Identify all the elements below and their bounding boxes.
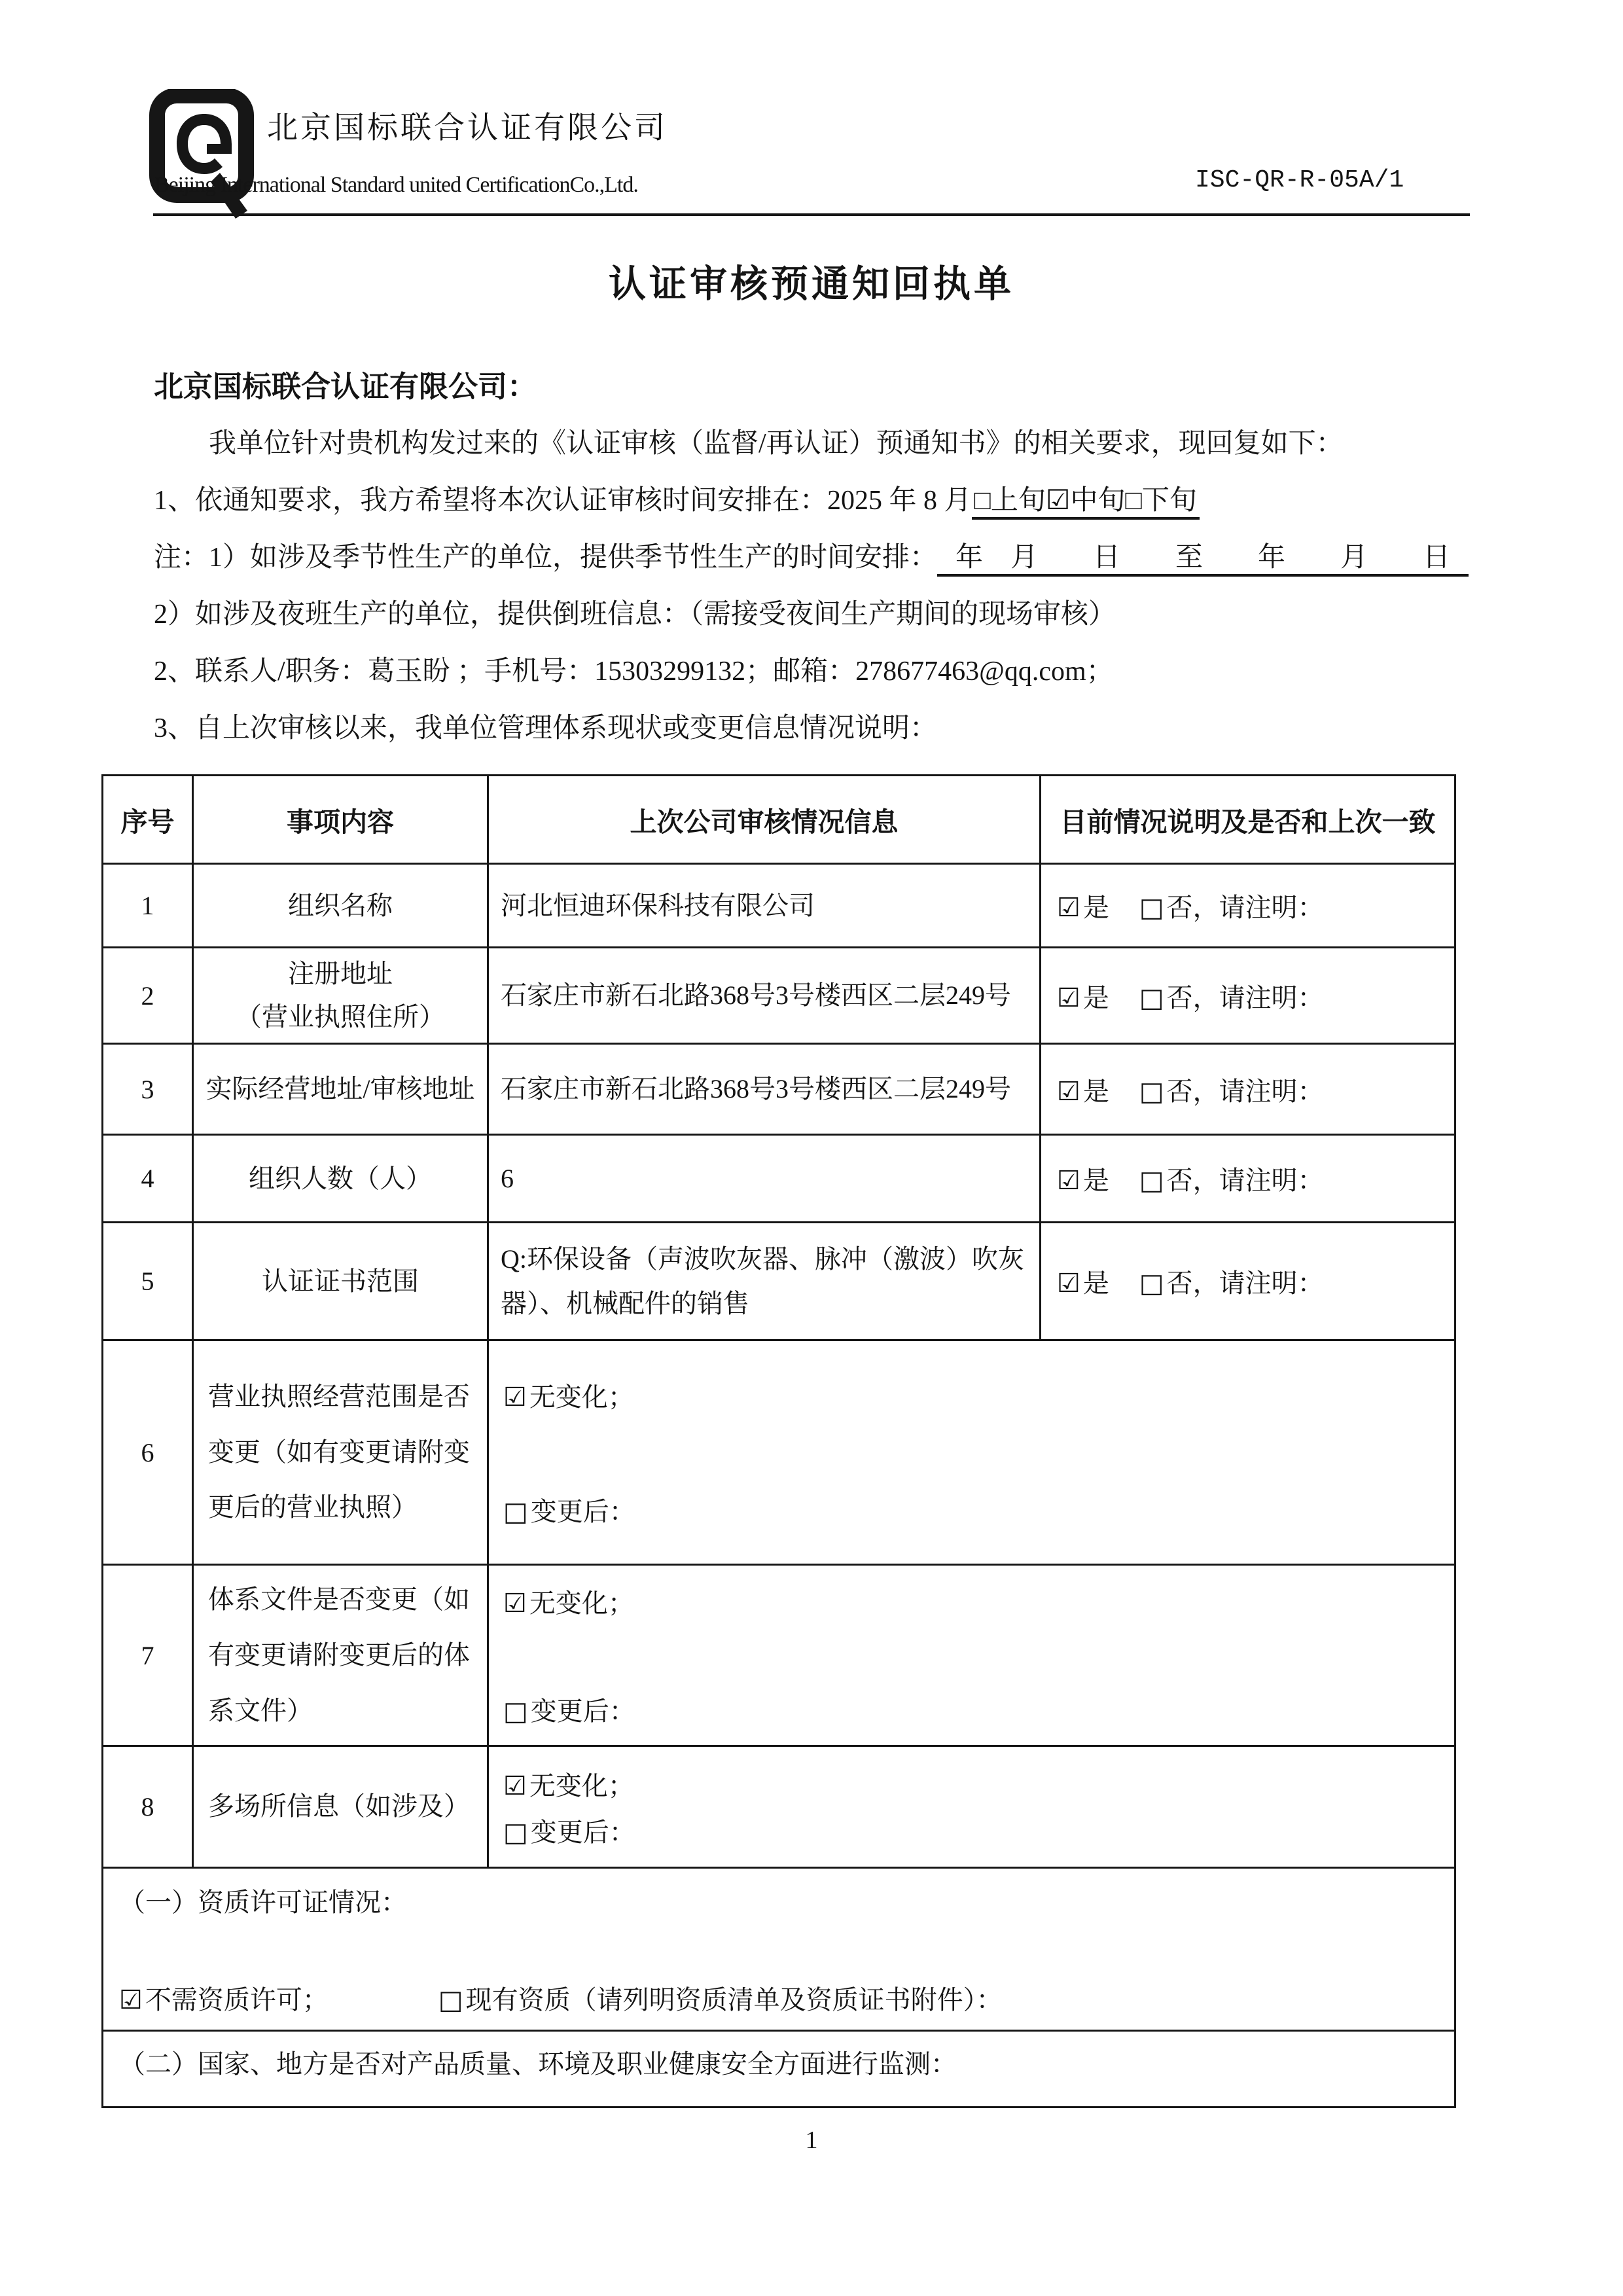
table-row: 6 营业执照经营范围是否变更（如有变更请附变更后的营业执照） ☑无变化； □变更… — [103, 1340, 1455, 1565]
company-name-en: Beijing International Standard united Ce… — [154, 173, 638, 198]
company-name-cn: 北京国标联合认证有限公司 — [267, 103, 668, 147]
checkbox-unchecked-icon: □ — [1139, 893, 1164, 923]
section1-options: ☑不需资质许可；□现有资质（请列明资质清单及资质证书附件）： — [119, 1979, 1438, 2017]
no-change-line: ☑无变化； — [503, 1376, 1440, 1414]
info-cell: Q:环保设备（声波吹灰器、脉冲（激波）吹灰器）、机械配件的销售 — [488, 1223, 1041, 1340]
seq-cell: 5 — [103, 1223, 193, 1340]
salutation-line: 北京国标联合认证有限公司： — [154, 359, 1476, 416]
no-label: 否，请注明： — [1167, 1268, 1324, 1298]
checkbox-unchecked-icon: □ — [503, 1818, 528, 1848]
item1-prefix: 1、依通知要求，我方希望将本次认证审核时间安排在：2025 年 8 月 — [154, 486, 972, 516]
document-page: 北京国标联合认证有限公司 Beijing International Stand… — [0, 0, 1623, 2296]
monitoring-section: （二）国家、地方是否对产品质量、环境及职业健康安全方面进行监测： — [103, 2031, 1455, 2108]
no-change-label: 无变化； — [529, 1588, 634, 1618]
note2-line: 2）如涉及夜班生产的单位，提供倒班信息：（需接受夜间生产期间的现场审核） — [154, 586, 1476, 643]
changed-line: □变更后： — [503, 1691, 1440, 1728]
checkbox-checked-icon: ☑ — [119, 1985, 143, 2015]
checkbox-unchecked-icon: □ — [1139, 1268, 1164, 1299]
checkbox-checked-icon: ☑ — [503, 1588, 527, 1619]
change-status-cell: ☑无变化； □变更后： — [488, 1565, 1455, 1746]
body-text: 北京国标联合认证有限公司： 我单位针对贵机构发过来的《认证审核（监督/再认证）预… — [154, 359, 1476, 757]
note1-prefix: 注：1）如涉及季节性生产的单位，提供季节性生产的时间安排： — [154, 543, 937, 573]
seq-cell: 2 — [103, 948, 193, 1044]
yes-label: 是 — [1083, 1077, 1109, 1106]
seq-cell: 1 — [103, 864, 193, 948]
item1-line: 1、依通知要求，我方希望将本次认证审核时间安排在：2025 年 8 月□上旬☑中… — [154, 473, 1476, 529]
company-logo-icon — [149, 89, 260, 220]
yes-label: 是 — [1083, 983, 1109, 1013]
no-change-line: ☑无变化； — [503, 1583, 1440, 1620]
no-label: 否，请注明： — [1167, 983, 1324, 1013]
col-header-seq: 序号 — [103, 776, 193, 864]
seq-cell: 8 — [103, 1746, 193, 1868]
table-row: 4 组织人数（人） 6 ☑是□否，请注明： — [103, 1135, 1455, 1223]
audit-status-table: 序号 事项内容 上次公司审核情况信息 目前情况说明及是否和上次一致 1 组织名称… — [101, 774, 1456, 2108]
table-row: 3 实际经营地址/审核地址 石家庄市新石北路368号3号楼西区二层249号 ☑是… — [103, 1044, 1455, 1135]
col-header-current: 目前情况说明及是否和上次一致 — [1041, 776, 1455, 864]
checkbox-unchecked-icon: □ — [503, 1497, 528, 1527]
info-cell: 石家庄市新石北路368号3号楼西区二层249号 — [488, 1044, 1041, 1135]
checkbox-checked-icon: ☑ — [1057, 1077, 1080, 1107]
season-dates-blank: 年 月 日 至 年 月 日 — [937, 543, 1469, 577]
changed-label: 变更后： — [531, 1818, 635, 1847]
seq-cell: 6 — [103, 1340, 193, 1565]
checkbox-checked-icon: ☑ — [503, 1382, 527, 1412]
changed-line: □变更后： — [503, 1491, 1440, 1528]
yes-label: 是 — [1083, 1268, 1109, 1298]
section2-row: （二）国家、地方是否对产品质量、环境及职业健康安全方面进行监测： — [103, 2031, 1455, 2108]
header-divider — [153, 213, 1470, 216]
item-cell: 体系文件是否变更（如有变更请附变更后的体系文件） — [193, 1565, 488, 1746]
col-header-item: 事项内容 — [193, 776, 488, 864]
changed-label: 变更后： — [531, 1497, 635, 1526]
seq-cell: 7 — [103, 1565, 193, 1746]
item-cell: 多场所信息（如涉及） — [193, 1746, 488, 1868]
section1-row: （一）资质许可证情况： ☑不需资质许可；□现有资质（请列明资质清单及资质证书附件… — [103, 1868, 1455, 2031]
info-cell: 石家庄市新石北路368号3号楼西区二层249号 — [488, 948, 1041, 1044]
seq-cell: 3 — [103, 1044, 193, 1135]
status-cell: ☑是□否，请注明： — [1041, 1135, 1455, 1223]
table-row: 5 认证证书范围 Q:环保设备（声波吹灰器、脉冲（激波）吹灰器）、机械配件的销售… — [103, 1223, 1455, 1340]
document-code: ISC-QR-R-05A/1 — [1195, 166, 1404, 194]
page-number: 1 — [0, 2126, 1623, 2155]
no-qualification-label: 不需资质许可； — [145, 1985, 329, 2015]
item-cell: 组织名称 — [193, 864, 488, 948]
status-cell: ☑是□否，请注明： — [1041, 864, 1455, 948]
contact-line: 2、联系人/职务：葛玉盼 ；手机号：15303299132；邮箱：2786774… — [154, 643, 1476, 700]
status-cell: ☑是□否，请注明： — [1041, 948, 1455, 1044]
checkbox-unchecked-icon: □ — [438, 1985, 463, 2015]
table-row: 2 注册地址 （营业执照住所） 石家庄市新石北路368号3号楼西区二层249号 … — [103, 948, 1455, 1044]
change-status-cell: ☑无变化； □变更后： — [488, 1340, 1455, 1565]
status-cell: ☑是□否，请注明： — [1041, 1044, 1455, 1135]
checkbox-checked-icon: ☑ — [1057, 893, 1080, 923]
checkbox-checked-icon: ☑ — [1057, 1166, 1080, 1196]
info-cell: 6 — [488, 1135, 1041, 1223]
info-cell: 河北恒迪环保科技有限公司 — [488, 864, 1041, 948]
table-row: 1 组织名称 河北恒迪环保科技有限公司 ☑是□否，请注明： — [103, 864, 1455, 948]
change-status-cell: ☑无变化； □变更后： — [488, 1746, 1455, 1868]
qualification-section: （一）资质许可证情况： ☑不需资质许可；□现有资质（请列明资质清单及资质证书附件… — [103, 1868, 1455, 2031]
yes-label: 是 — [1083, 893, 1109, 922]
no-label: 否，请注明： — [1167, 893, 1324, 922]
changed-line: □变更后： — [503, 1812, 1440, 1849]
item-cell: 认证证书范围 — [193, 1223, 488, 1340]
seq-cell: 4 — [103, 1135, 193, 1223]
table-header-row: 序号 事项内容 上次公司审核情况信息 目前情况说明及是否和上次一致 — [103, 776, 1455, 864]
item-cell: 实际经营地址/审核地址 — [193, 1044, 488, 1135]
item-cell: 营业执照经营范围是否变更（如有变更请附变更后的营业执照） — [193, 1340, 488, 1565]
existing-qualification-label: 现有资质（请列明资质清单及资质证书附件）： — [466, 1985, 1003, 2015]
checkbox-unchecked-icon: □ — [1139, 1077, 1164, 1107]
table-row: 7 体系文件是否变更（如有变更请附变更后的体系文件） ☑无变化； □变更后： — [103, 1565, 1455, 1746]
no-change-line: ☑无变化； — [503, 1765, 1440, 1803]
table-row: 8 多场所信息（如涉及） ☑无变化； □变更后： — [103, 1746, 1455, 1868]
schedule-options-underlined: □上旬☑中旬□下旬 — [972, 486, 1200, 520]
col-header-last-info: 上次公司审核情况信息 — [488, 776, 1041, 864]
page-title: 认证审核预通知回执单 — [0, 254, 1623, 308]
no-change-label: 无变化； — [529, 1771, 634, 1801]
no-change-label: 无变化； — [529, 1382, 634, 1412]
no-label: 否，请注明： — [1167, 1166, 1324, 1195]
item-cell: 注册地址 （营业执照住所） — [193, 948, 488, 1044]
yes-label: 是 — [1083, 1166, 1109, 1195]
status-cell: ☑是□否，请注明： — [1041, 1223, 1455, 1340]
checkbox-unchecked-icon: □ — [1139, 983, 1164, 1013]
no-label: 否，请注明： — [1167, 1077, 1324, 1106]
changed-label: 变更后： — [531, 1696, 635, 1726]
checkbox-unchecked-icon: □ — [503, 1696, 528, 1727]
checkbox-checked-icon: ☑ — [1057, 983, 1080, 1013]
note1-line: 注：1）如涉及季节性生产的单位，提供季节性生产的时间安排：年 月 日 至 年 月… — [154, 529, 1476, 586]
section1-title: （一）资质许可证情况： — [119, 1882, 1438, 1919]
intro-line: 我单位针对贵机构发过来的《认证审核（监督/再认证）预通知书》的相关要求，现回复如… — [154, 416, 1476, 473]
item3-line: 3、自上次审核以来，我单位管理体系现状或变更信息情况说明： — [154, 700, 1476, 757]
checkbox-checked-icon: ☑ — [1057, 1268, 1080, 1299]
checkbox-checked-icon: ☑ — [503, 1771, 527, 1801]
checkbox-unchecked-icon: □ — [1139, 1166, 1164, 1196]
item-cell: 组织人数（人） — [193, 1135, 488, 1223]
